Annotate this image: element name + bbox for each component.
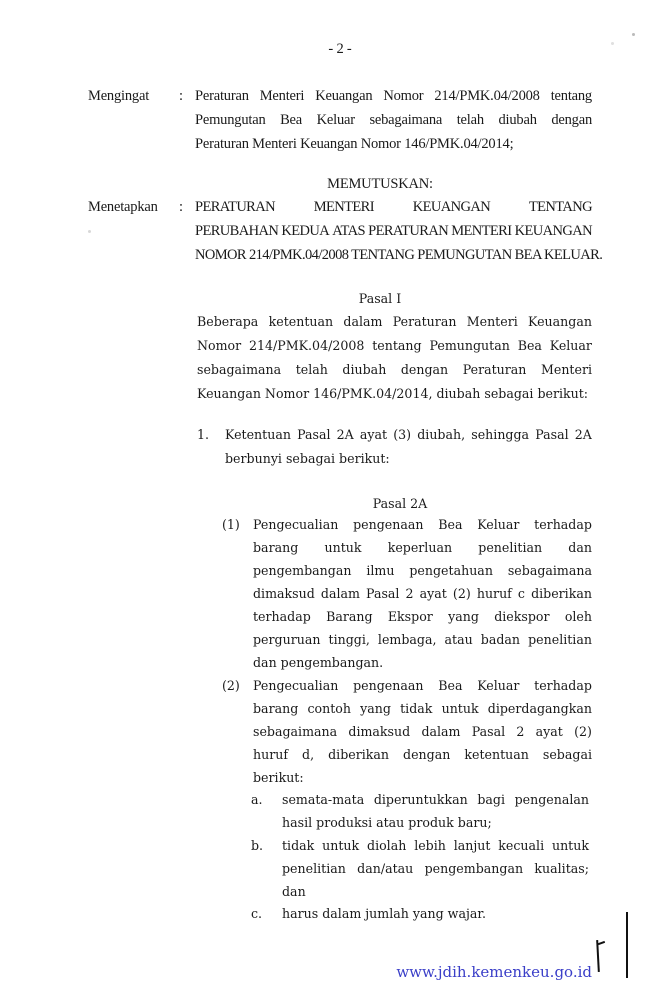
- scan-speck: [611, 42, 614, 45]
- line: tidakuntukdiolahlebihlanjutkecualiuntuk: [282, 838, 589, 861]
- item-1-number: 1.: [197, 427, 209, 442]
- word: pengenaan: [353, 678, 423, 701]
- word: PERATURAN: [368, 223, 448, 247]
- word: Pasal: [297, 427, 330, 451]
- word: tidak: [282, 838, 314, 861]
- ayat-2-number: (2): [222, 678, 240, 693]
- sub-item-a-letter: a.: [251, 792, 263, 807]
- word: kualitas;: [534, 861, 589, 884]
- word: pengembangan: [425, 861, 523, 884]
- line: dan: [282, 884, 589, 907]
- paraf-mark-line: [626, 912, 628, 978]
- line: KetentuanPasal2Aayat(3)diubah,sehinggaPa…: [225, 427, 592, 451]
- word: diberikan: [328, 747, 389, 770]
- word: Pengecualian: [253, 678, 338, 701]
- line: semata-matadiperuntukkanbagipengenalan: [282, 792, 589, 815]
- word: MENTERI: [314, 199, 374, 223]
- line: PemungutanBeaKeluarsebagaimanatelahdiuba…: [195, 112, 592, 136]
- word: TENTANG: [529, 199, 592, 223]
- word: diekspor: [494, 609, 549, 632]
- word: Keuangan: [528, 314, 592, 338]
- word: diperuntukkan: [374, 792, 468, 815]
- word: Bea: [280, 112, 302, 136]
- word: (2): [453, 586, 471, 609]
- word: pengenaan: [353, 517, 423, 540]
- word: diperdagangkan: [488, 701, 592, 724]
- sub-item-c-text: harus dalam jumlah yang wajar.: [282, 906, 486, 921]
- scan-speck: [88, 230, 91, 233]
- word: ketentuan: [464, 747, 529, 770]
- line: berikut:: [253, 770, 592, 793]
- word: 214/PMK.04/2008: [249, 338, 364, 362]
- word: huruf: [477, 586, 512, 609]
- word: 214/PMK.04/2008: [434, 88, 539, 112]
- word: penelitian: [282, 861, 346, 884]
- line: BeberapaketentuandalamPeraturanMenteriKe…: [197, 314, 592, 338]
- word: Menteri: [467, 314, 518, 338]
- word: yang: [448, 609, 479, 632]
- word: pengetahuan: [409, 563, 493, 586]
- scan-speck: [632, 33, 635, 36]
- word: KEUANGAN: [515, 223, 592, 247]
- line: PeraturanMenteriKeuanganNomor214/PMK.04/…: [195, 88, 592, 112]
- menetapkan-colon: :: [179, 199, 183, 216]
- word: Menteri: [541, 362, 592, 386]
- word: perguruan: [253, 632, 320, 655]
- word: pengenalan: [515, 792, 589, 815]
- word: dan: [568, 540, 592, 563]
- word: dalam: [421, 724, 460, 747]
- page-number: - 2 -: [290, 41, 390, 58]
- ayat-1-text: PengecualianpengenaanBeaKeluarterhadap b…: [253, 517, 592, 678]
- word: Keluar: [477, 517, 519, 540]
- line: hasil produksi atau produk baru;: [282, 815, 589, 838]
- word: sehingga: [471, 427, 529, 451]
- word: 2: [406, 586, 414, 609]
- word: badan: [481, 632, 520, 655]
- line: Keuangan Nomor 146/PMK.04/2014, diubah s…: [197, 386, 592, 410]
- word: Peraturan: [393, 314, 457, 338]
- line: Peraturan Menteri Keuangan Nomor 146/PMK…: [195, 136, 592, 160]
- mengingat-label: Mengingat: [88, 88, 149, 105]
- word: sebagaimana: [369, 112, 442, 136]
- word: dalam: [321, 586, 360, 609]
- word: dimaksud: [253, 586, 315, 609]
- line: perguruantinggi,lembaga,ataubadanpenelit…: [253, 632, 592, 655]
- word: sebagaimana: [253, 724, 337, 747]
- line: berbunyi sebagai berikut:: [225, 451, 592, 475]
- word: telah: [296, 362, 328, 386]
- pasal-i-body: BeberapaketentuandalamPeraturanMenteriKe…: [197, 314, 592, 410]
- word: bagi: [477, 792, 505, 815]
- menetapkan-text: PERATURANMENTERIKEUANGANTENTANG PERUBAHA…: [195, 199, 592, 271]
- word: 2A: [575, 427, 592, 451]
- sub-item-b-letter: b.: [251, 838, 263, 853]
- word: sebagai: [543, 747, 592, 770]
- word: Menteri: [260, 88, 305, 112]
- word: tentang: [372, 338, 421, 362]
- sub-item-c-letter: c.: [251, 906, 262, 921]
- word: dengan: [403, 747, 450, 770]
- item-1-text: KetentuanPasal2Aayat(3)diubah,sehinggaPa…: [225, 427, 592, 475]
- sub-item-b-text: tidakuntukdiolahlebihlanjutkecualiuntuk …: [282, 838, 589, 907]
- word: dengan: [551, 112, 592, 136]
- word: semata-mata: [282, 792, 364, 815]
- line: PengecualianpengenaanBeaKeluarterhadap: [253, 517, 592, 540]
- word: 2: [516, 724, 524, 747]
- memutuskan-heading: MEMUTUSKAN:: [280, 176, 480, 193]
- word: ketentuan: [269, 314, 334, 338]
- word: Pasal: [535, 427, 568, 451]
- word: KEDUA: [281, 223, 329, 247]
- word: ayat: [360, 427, 387, 451]
- ayat-2-text: PengecualianpengenaanBeaKeluarterhadap b…: [253, 678, 592, 793]
- word: c: [518, 586, 525, 609]
- word: Pasal: [366, 586, 399, 609]
- word: (2): [574, 724, 592, 747]
- line: sebagaimanatelahdiubahdenganPeraturanMen…: [197, 362, 592, 386]
- word: 2A: [337, 427, 354, 451]
- line: barangcontohyangtidakuntukdiperdagangkan: [253, 701, 592, 724]
- word: diubah,: [417, 427, 465, 451]
- word: tentang: [551, 88, 592, 112]
- word: KEUANGAN: [413, 199, 490, 223]
- word: tidak: [400, 701, 432, 724]
- word: diubah: [342, 362, 386, 386]
- word: dengan: [401, 362, 448, 386]
- mengingat-colon: :: [179, 88, 183, 105]
- word: contoh: [307, 701, 351, 724]
- line: dimaksuddalamPasal2ayat(2)hurufcdiberika…: [253, 586, 592, 609]
- word: Keuangan: [315, 88, 372, 112]
- word: oleh: [565, 609, 592, 632]
- word: atau: [445, 632, 473, 655]
- word: untuk: [442, 701, 479, 724]
- word: Barang: [326, 609, 372, 632]
- word: Pemungutan: [195, 112, 266, 136]
- word: sebagaimana: [197, 362, 281, 386]
- word: PERATURAN: [195, 199, 275, 223]
- pasal-i-title: Pasal I: [320, 291, 440, 306]
- line: NOMOR 214/PMK.04/2008 TENTANG PEMUNGUTAN…: [195, 247, 592, 271]
- word: terhadap: [534, 517, 592, 540]
- line: sebagaimanadimaksuddalamPasal2ayat(2): [253, 724, 592, 747]
- word: Pemungutan: [429, 338, 509, 362]
- word: tinggi,: [329, 632, 370, 655]
- word: pengembangan: [253, 563, 351, 586]
- word: keperluan: [388, 540, 452, 563]
- word: penelitian: [528, 632, 592, 655]
- word: lembaga,: [378, 632, 437, 655]
- line: baranguntukkeperluanpenelitiandan: [253, 540, 592, 563]
- word: untuk: [552, 838, 589, 861]
- word: Ekspor: [388, 609, 433, 632]
- word: sebagaimana: [508, 563, 592, 586]
- word: Keluar: [317, 112, 355, 136]
- word: Bea: [438, 517, 462, 540]
- word: terhadap: [534, 678, 592, 701]
- word: Nomor: [383, 88, 423, 112]
- word: ayat: [420, 586, 447, 609]
- line: pengembanganilmupengetahuansebagaimana: [253, 563, 592, 586]
- word: Bea: [438, 678, 462, 701]
- word: Keluar: [550, 338, 592, 362]
- line: PERATURANMENTERIKEUANGANTENTANG: [195, 199, 592, 223]
- word: ilmu: [366, 563, 394, 586]
- word: barang: [253, 540, 298, 563]
- word: Pengecualian: [253, 517, 338, 540]
- word: penelitian: [478, 540, 542, 563]
- word: ATAS: [332, 223, 365, 247]
- mengingat-text: PeraturanMenteriKeuanganNomor214/PMK.04/…: [195, 88, 592, 160]
- footer-url-link[interactable]: www.jdih.kemenkeu.go.id: [396, 963, 592, 981]
- word: yang: [360, 701, 391, 724]
- word: Peraturan: [195, 88, 249, 112]
- word: d,: [302, 747, 314, 770]
- word: Pasal: [472, 724, 505, 747]
- word: diberikan: [531, 586, 592, 609]
- line: PERUBAHANKEDUAATASPERATURANMENTERIKEUANG…: [195, 223, 592, 247]
- word: dalam: [343, 314, 382, 338]
- line: dan pengembangan.: [253, 655, 592, 678]
- word: terhadap: [253, 609, 311, 632]
- word: (3): [393, 427, 411, 451]
- word: barang: [253, 701, 298, 724]
- word: MENTERI: [451, 223, 511, 247]
- line: terhadapBarangEksporyangdieksporoleh: [253, 609, 592, 632]
- sub-item-a-text: semata-matadiperuntukkanbagipengenalan h…: [282, 792, 589, 838]
- word: dimaksud: [348, 724, 410, 747]
- word: lanjut: [454, 838, 491, 861]
- word: huruf: [253, 747, 288, 770]
- line: Nomor214/PMK.04/2008tentangPemungutanBea…: [197, 338, 592, 362]
- ayat-1-number: (1): [222, 517, 240, 532]
- word: untuk: [322, 838, 359, 861]
- word: Peraturan: [463, 362, 527, 386]
- word: kecuali: [498, 838, 544, 861]
- word: lebih: [414, 838, 446, 861]
- pasal-2a-title: Pasal 2A: [340, 496, 460, 511]
- word: diubah: [498, 112, 536, 136]
- word: Bea: [518, 338, 542, 362]
- word: PERUBAHAN: [195, 223, 278, 247]
- line: PengecualianpengenaanBeaKeluarterhadap: [253, 678, 592, 701]
- line: hurufd,diberikandenganketentuansebagai: [253, 747, 592, 770]
- word: dan/atau: [357, 861, 413, 884]
- word: diolah: [367, 838, 406, 861]
- word: Keluar: [477, 678, 519, 701]
- word: telah: [457, 112, 484, 136]
- word: Beberapa: [197, 314, 258, 338]
- word: untuk: [324, 540, 361, 563]
- word: ayat: [536, 724, 563, 747]
- menetapkan-label: Menetapkan: [88, 199, 158, 216]
- line: penelitiandan/ataupengembangankualitas;: [282, 861, 589, 884]
- word: Nomor: [197, 338, 241, 362]
- word: Ketentuan: [225, 427, 291, 451]
